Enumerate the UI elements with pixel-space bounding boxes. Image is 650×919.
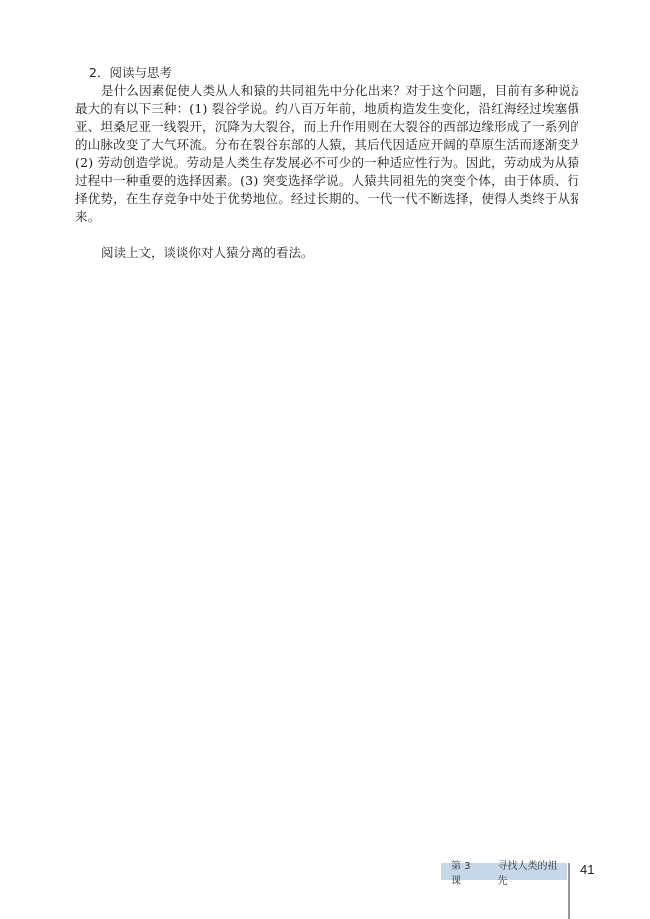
page-number: 41 <box>580 862 594 877</box>
passage-line: 亚、坦桑尼亚一线裂开，沉降为大裂谷，而上升作用则在大裂谷的西部边缘形成了一系列的… <box>75 118 578 136</box>
lesson-title: 寻找人类的祖先 <box>498 857 568 887</box>
passage-line: 择优势，在生存竞争中处于优势地位。经过长期的、一代一代不断选择，使得人类终于从猿… <box>75 190 578 208</box>
passage-line: 最大的有以下三种：(1) 裂谷学说。约八百万年前，地质构造发生变化，沿红海经过埃… <box>75 100 578 118</box>
discussion-prompt: 阅读上文，谈谈你对人猿分离的看法。 <box>101 244 314 262</box>
footer-divider <box>568 863 570 919</box>
lesson-number: 第 3 课 <box>451 857 484 887</box>
running-footer: 第 3 课 寻找人类的祖先 <box>441 863 567 880</box>
reading-passage: 是什么因素促使人类从人和猿的共同祖先中分化出来？对于这个问题，目前有多种说法，其… <box>75 82 578 226</box>
section-heading: 2．阅读与思考 <box>89 64 172 82</box>
passage-line: 来。 <box>75 208 578 226</box>
passage-line: 是什么因素促使人类从人和猿的共同祖先中分化出来？对于这个问题，目前有多种说法，其… <box>75 82 578 100</box>
textbook-page: 2．阅读与思考 是什么因素促使人类从人和猿的共同祖先中分化出来？对于这个问题，目… <box>0 0 650 919</box>
passage-line: 过程中一种重要的选择因素。(3) 突变选择学说。人猿共同祖先的突变个体，由于体质… <box>75 172 578 190</box>
passage-line: (2) 劳动创造学说。劳动是人类生存发展必不可少的一种适应性行为。因此，劳动成为… <box>75 154 578 172</box>
passage-line: 的山脉改变了大气环流。分布在裂谷东部的人猿，其后代因适应开阔的草原生活而逐渐变为… <box>75 136 578 154</box>
